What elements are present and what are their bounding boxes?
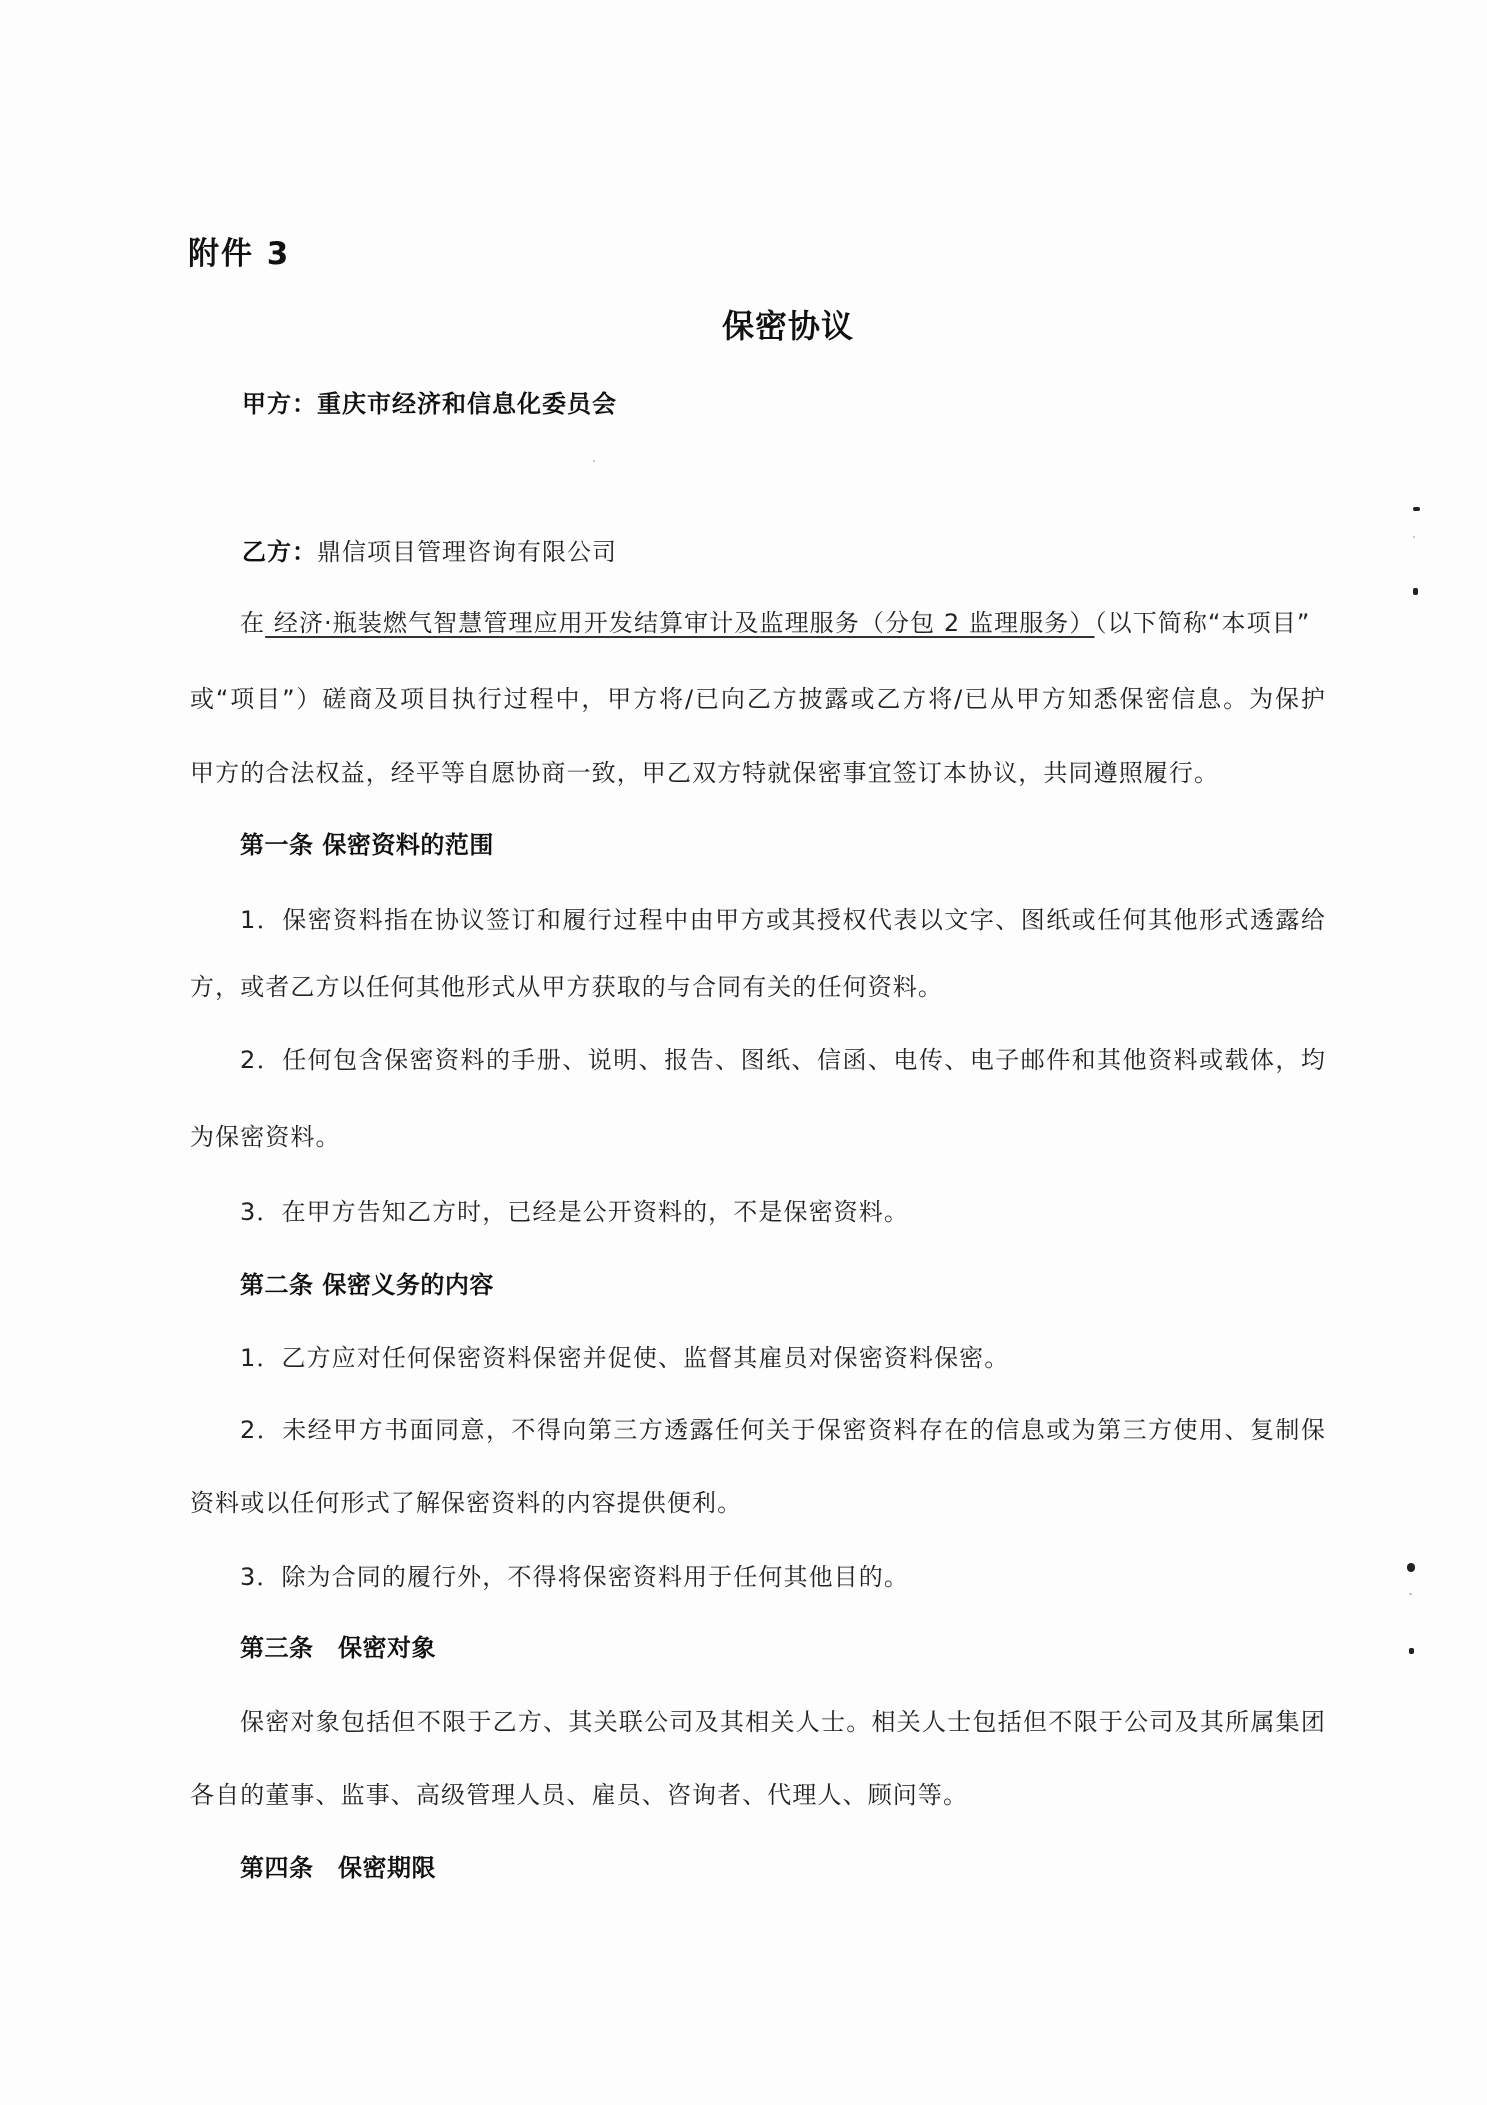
party-a: 甲方：重庆市经济和信息化委员会 [242, 389, 617, 419]
scan-artifact-mark [1407, 1563, 1415, 1572]
article-1-line-2: 方，或者乙方以任何其他形式从甲方获取的与合同有关的任何资料。 [190, 972, 1326, 1002]
party-b: 乙方：鼎信项目管理咨询有限公司 [242, 537, 617, 567]
article-1-heading: 第一条 保密资料的范围 [240, 830, 494, 860]
article-1-line-4: 为保密资料。 [190, 1122, 1326, 1152]
party-b-label: 乙方： [242, 538, 317, 566]
document-title: 保密协议 [722, 306, 854, 346]
article-4-heading: 第四条 保密期限 [240, 1853, 436, 1883]
article-3-line-2: 各自的董事、监事、高级管理人员、雇员、咨询者、代理人、顾问等。 [190, 1780, 1326, 1810]
attachment-label: 附件 3 [188, 234, 290, 274]
scan-artifact-mark [593, 460, 595, 462]
article-1-line-1: 1．保密资料指在协议签订和履行过程中由甲方或其授权代表以文字、图纸或任何其他形式… [240, 905, 1326, 935]
preamble-prefix: 在 [240, 609, 265, 637]
scan-artifact-mark [1413, 588, 1418, 595]
article-3-line-1: 保密对象包括但不限于乙方、其关联公司及其相关人士。相关人士包括但不限于公司及其所… [240, 1707, 1326, 1737]
article-2-heading: 第二条 保密义务的内容 [240, 1270, 494, 1300]
preamble-line1-suffix: （以下简称“本项目” [1095, 609, 1311, 637]
preamble-line-1: 在 经济·瓶装燃气智慧管理应用开发结算审计及监理服务（分包 2 监理服务）（以下… [240, 608, 1326, 638]
scan-artifact-mark [1413, 536, 1415, 538]
party-a-label: 甲方： [242, 390, 317, 418]
project-name: 经济·瓶装燃气智慧管理应用开发结算审计及监理服务（分包 2 监理服务） [265, 609, 1094, 637]
scan-artifact-mark [1409, 1648, 1414, 1654]
article-3-heading: 第三条 保密对象 [240, 1633, 436, 1663]
article-1-line-5: 3．在甲方告知乙方时，已经是公开资料的，不是保密资料。 [240, 1197, 1326, 1227]
party-a-name: 重庆市经济和信息化委员会 [317, 390, 617, 418]
scan-artifact-mark [1409, 1593, 1412, 1595]
article-1-line-3: 2．任何包含保密资料的手册、说明、报告、图纸、信函、电传、电子邮件和其他资料或载… [240, 1045, 1326, 1075]
preamble-line-3: 甲方的合法权益，经平等自愿协商一致，甲乙双方特就保密事宜签订本协议，共同遵照履行… [190, 758, 1326, 788]
party-b-name: 鼎信项目管理咨询有限公司 [317, 538, 617, 566]
document-page: 附件 3 保密协议 甲方：重庆市经济和信息化委员会 乙方：鼎信项目管理咨询有限公… [0, 0, 1487, 2105]
article-2-line-4: 3．除为合同的履行外，不得将保密资料用于任何其他目的。 [240, 1562, 1326, 1592]
article-2-line-3: 资料或以任何形式了解保密资料的内容提供便利。 [190, 1488, 1326, 1518]
article-2-line-1: 1．乙方应对任何保密资料保密并促使、监督其雇员对保密资料保密。 [240, 1343, 1326, 1373]
preamble-line-2: 或“项目”）磋商及项目执行过程中，甲方将/已向乙方披露或乙方将/已从甲方知悉保密… [190, 684, 1326, 714]
article-2-line-2: 2．未经甲方书面同意，不得向第三方透露任何关于保密资料存在的信息或为第三方使用、… [240, 1415, 1326, 1445]
scan-artifact-mark [1413, 507, 1420, 511]
